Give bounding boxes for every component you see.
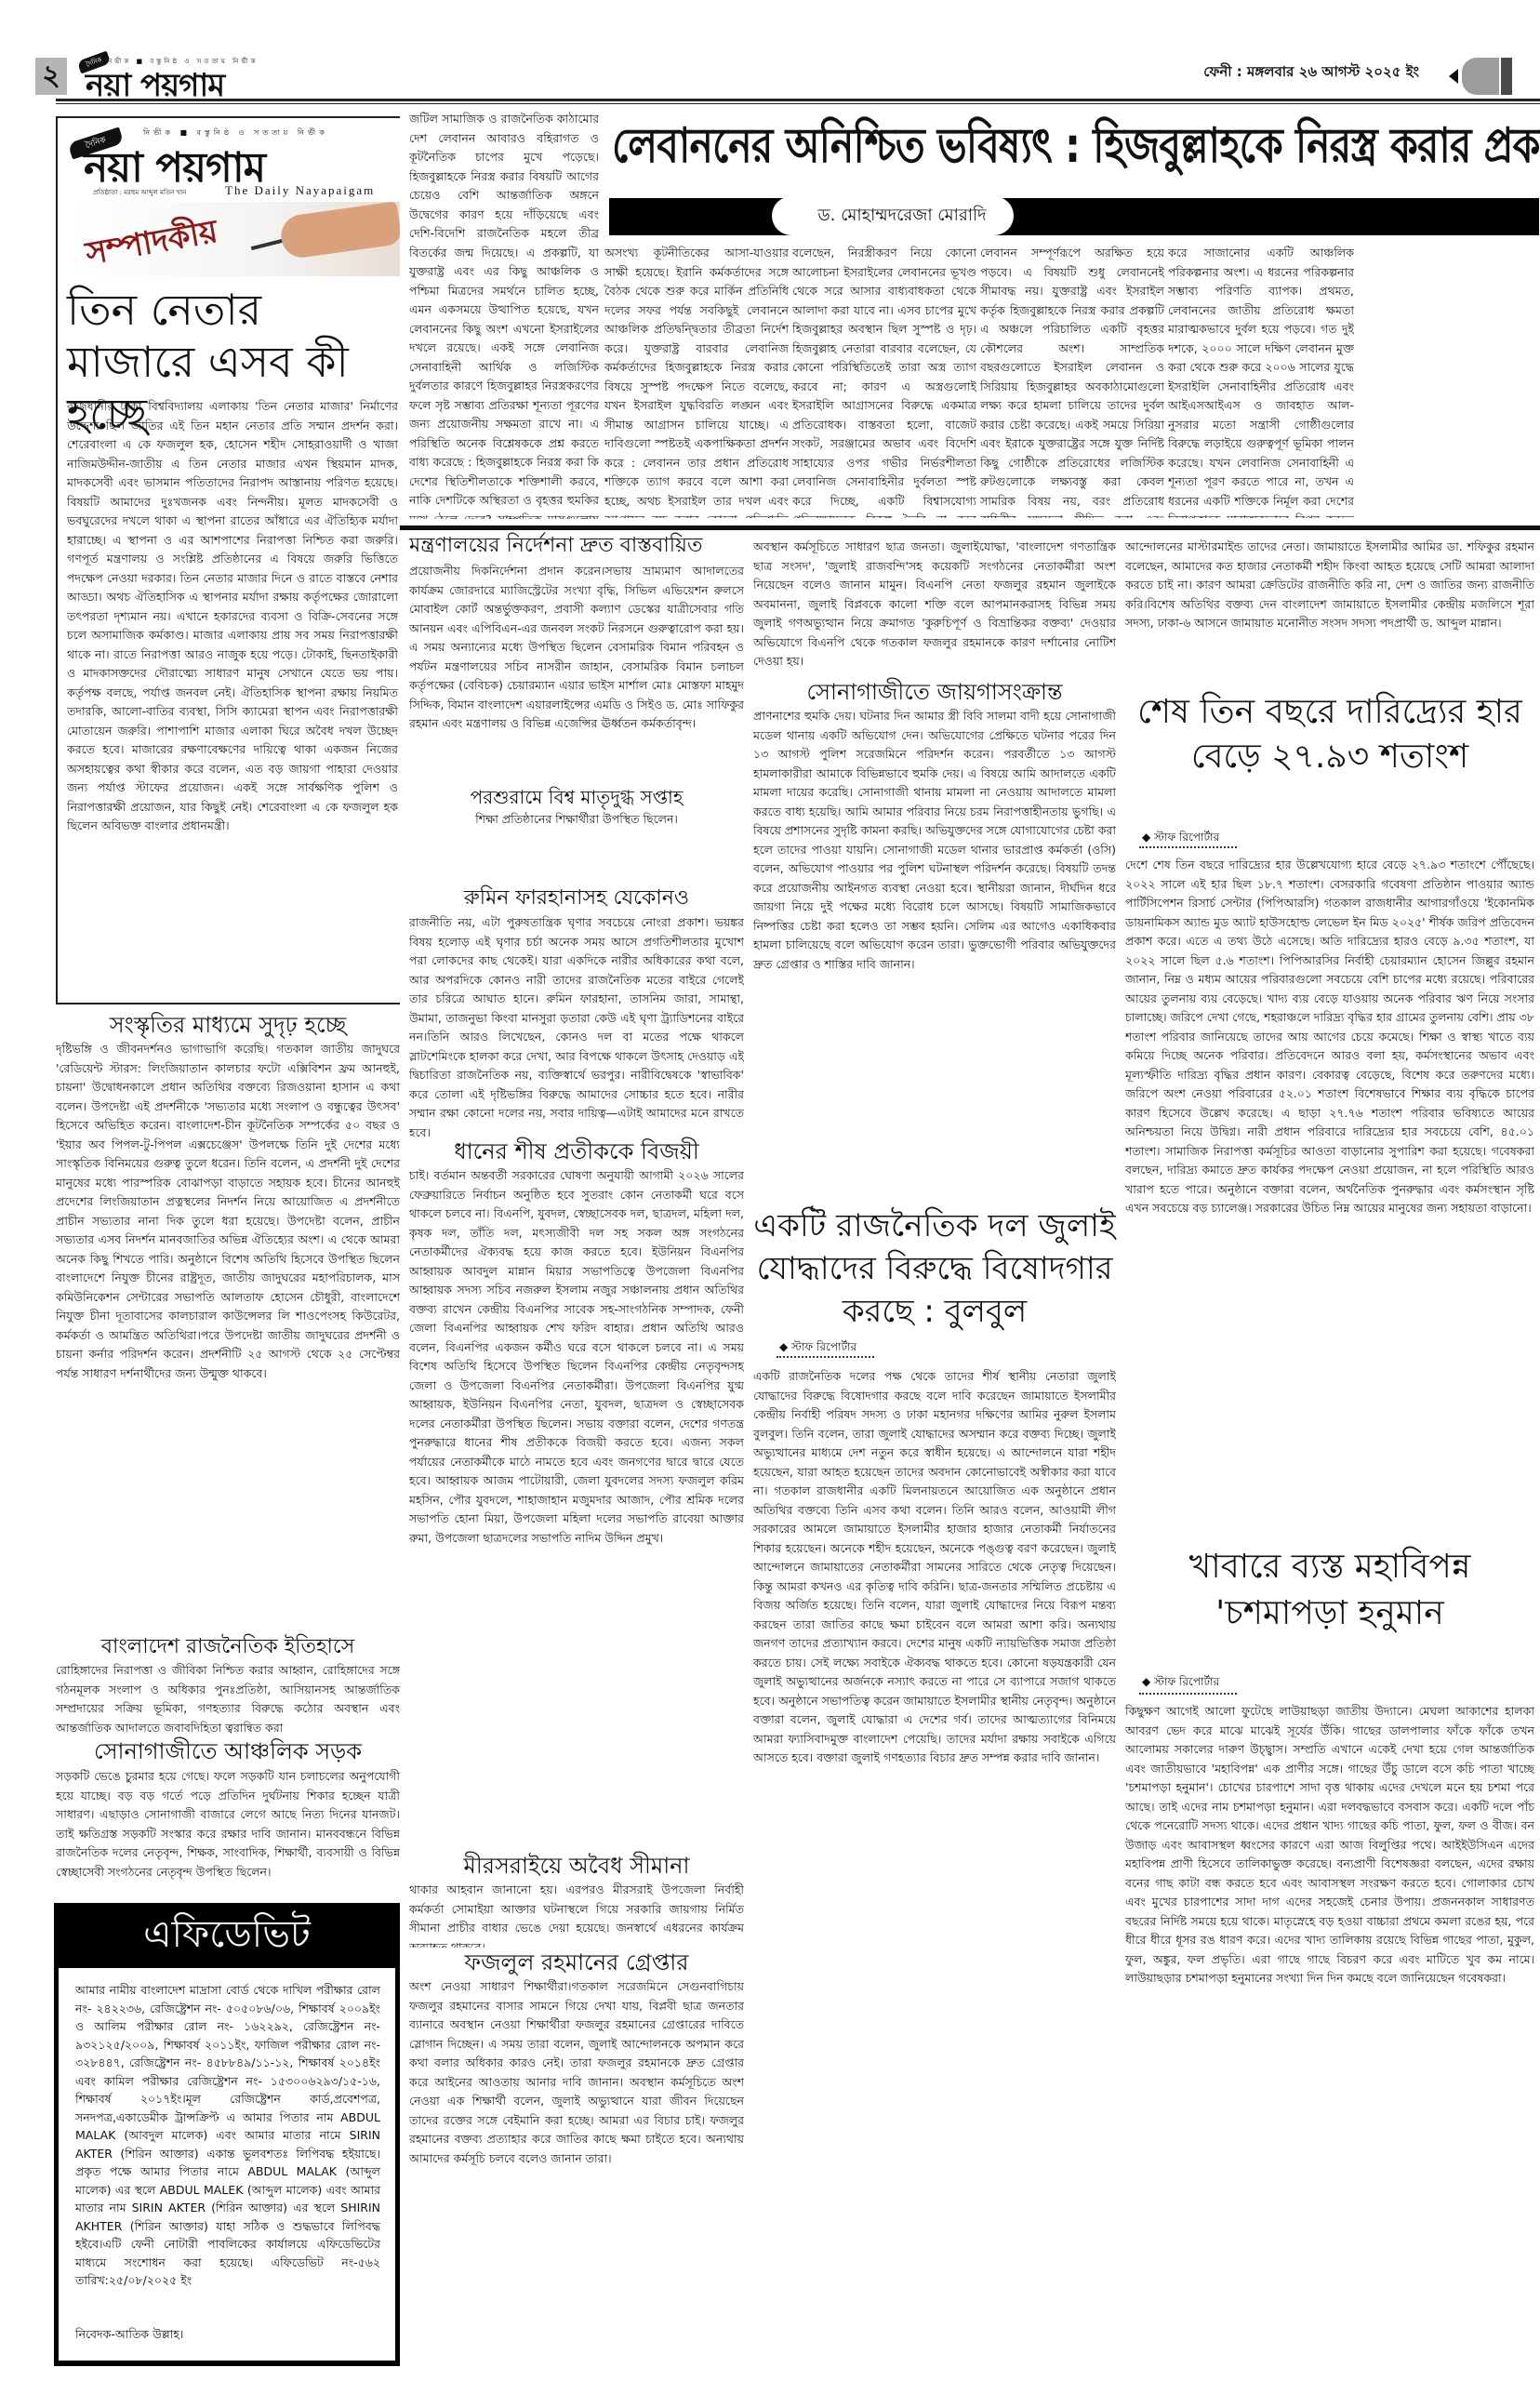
lebanon-byline: ড. মোহাম্মদরেজা মোরাদি [790, 196, 1014, 235]
hanuman-headline: খাবারে ব্যস্ত মহাবিপন্ন 'চশমাপড়া হনুমান [1125, 1544, 1534, 1637]
bnp-notice-body: অবস্থান কর্মসূচিতে সাধারণ ছাত্র জনতা। জু… [753, 538, 1116, 677]
affidavit-content: আমার নামীয় বাংলাদেশ মাদ্রাসা বোর্ড থেকে… [59, 1968, 395, 2361]
masthead-logo: দৈনিক নিভীক ■ বস্তুনিষ্ঠ ও সততায় নির্ভী… [74, 54, 353, 97]
jamaat-body: আন্দোলনের মাস্টারমাইন্ড তাদের নেতা। জামা… [1125, 538, 1534, 691]
reporter-label: স্টাফ রিপোর্টার [791, 1340, 856, 1353]
road-body: সড়কটি ভেঙে চুরমার হয়ে গেছে। ফলে সড়কটি… [56, 1767, 400, 1902]
paddy-body: চাই। বর্তমান অন্তবর্তী সরকারের ঘোষণা অনু… [409, 1166, 744, 1850]
sonagazi-land-headline: সোনাগাজীতে জায়গাসংক্রান্ত [753, 677, 1116, 707]
editorial-banner-image: সম্পাদকীয় [67, 202, 400, 276]
header-rule-thin [56, 103, 1540, 104]
fazlul-headline: ফজলুল রহমানের গ্রেপ্তার [409, 1948, 744, 1977]
affidavit-signature: নিবেদক-আতিক উল্লাহ। [75, 2327, 183, 2346]
paper-name: নয়া পয়গাম [86, 61, 224, 114]
rumin-headline: রুমিন ফারহানাসহ যেকোনও [409, 884, 744, 913]
affidavit-box: এফিডেভিট আমার নামীয় বাংলাদেশ মাদ্রাসা ব… [54, 1903, 400, 2366]
poverty-headline: শেষ তিন বছরে দারিদ্র্যের হার বেড়ে ২৭.৯৩… [1125, 690, 1534, 779]
mirsarai-body: থাকার আহবান জানানো হয়। এরপরও মীরসরাই উপ… [409, 1881, 744, 1948]
hanuman-body: কিছুক্ষণ আগেই আলো ফুটেছে লাউয়াছড়া জাতী… [1125, 1702, 1534, 2377]
reporter-label: স্টাফ রিপোর্টার [1154, 1675, 1219, 1688]
mirsarai-headline: মীরসরাইয়ে অবৈধ সীমানা [409, 1851, 744, 1881]
header-rule [56, 99, 1540, 101]
lebanon-column-3: লেবানন সম্পূর্ণরূপে অরক্ষিত হয়ে পড়বে। … [980, 244, 1164, 518]
history-headline: বাংলাদেশ রাজনৈতিক ইতিহাসে [56, 1633, 400, 1661]
byline-bar [609, 198, 1539, 235]
bulbul-headline: একটি রাজনৈতিক দল জুলাই যোদ্ধাদের বিরুদ্ধ… [753, 1204, 1116, 1333]
dateline: ফেনী : মঙ্গলবার ২৬ আগস্ট ২০২৫ ইং [1203, 61, 1419, 85]
poverty-reporter: ◆ স্টাফ রিপোর্টার [1142, 830, 1219, 848]
breastfeeding-headline: পরশুরামে বিশ্ব মাতৃদুগ্ধ সপ্তাহ [409, 784, 744, 810]
ministry-body: প্রয়োজনীয় দিকনির্দেশনা প্রদান করেন।সভা… [409, 562, 744, 783]
hanuman-reporter: ◆ স্টাফ রিপোর্টার [1142, 1674, 1219, 1693]
dotted-divider [777, 1356, 874, 1358]
lebanon-column-2: বলেছেন, নিরস্ত্রীকরণ নিয়ে কোনো আলোচনা ই… [792, 244, 976, 518]
dotted-divider [1139, 1693, 1237, 1695]
page-tab [1449, 58, 1514, 95]
bulbul-reporter: ◆ স্টাফ রিপোর্টার [779, 1339, 856, 1358]
lebanon-headline: লেবাননের অনিশ্চিত ভবিষ্যৎ : হিজবুল্লাহকে… [612, 113, 1367, 179]
poverty-body: দেশে শেষ তিন বছরে দারিদ্র্যের হার উল্লেখ… [1125, 856, 1534, 1590]
editorial-english-name: The Daily Nayapaigam [225, 183, 375, 198]
lebanon-column-1: অসংখ্য কূটনীতিকের আসা-যাওয়ার সাক্ষী হয়… [604, 244, 789, 518]
affidavit-body: আমার নামীয় বাংলাদেশ মাদ্রাসা বোর্ড থেকে… [75, 1981, 380, 2290]
lebanon-column-4: করে সাজানোর একটি আঞ্চলিক পরিকল্পনার অংশ।… [1168, 244, 1354, 518]
culture-body: দৃষ্টিভঙ্গি ও জীবনদর্শনও ভাগাভাগি করেছি।… [56, 1040, 400, 1635]
page-tab-dark-block [1501, 58, 1512, 95]
rumin-body: রাজনীতি নয়, এটা পুরুষতান্ত্রিক ঘৃণার সব… [409, 913, 744, 1137]
lebanon-intro: জটিল সামাজিক ও রাজনৈতিক কাঠামোর দেশ লেবা… [409, 110, 599, 519]
fazlul-body: অংশ নেওয়া সাধারণ শিক্ষার্থীরা।গতকাল সরে… [409, 1977, 744, 2377]
paddy-headline: ধানের শীষ প্রতীককে বিজয়ী [409, 1137, 744, 1166]
affidavit-title: এফিডেভিট [54, 1909, 400, 1961]
culture-headline: সংস্কৃতির মাধ্যমে সুদৃঢ় হচ্ছে [56, 1010, 400, 1040]
road-headline: সোনাগাজীতে আঞ্চলিক সড়ক [56, 1736, 400, 1767]
left-arrow-icon [1449, 69, 1458, 84]
ministry-headline: মন্ত্রণালয়ের নির্দেশনা দ্রুত বাস্তবায়ি… [409, 530, 744, 562]
page-number: ২ [35, 58, 67, 95]
sonagazi-land-body: প্রাণনাশের হুমকি দেয়। ঘটনার দিন আমার স্… [753, 707, 1116, 1200]
bulbul-body: একটি রাজনৈতিক দলের পক্ষ থেকে তাদের শীর্ষ… [753, 1367, 1116, 2377]
history-body: রোহিঙ্গাদের নিরাপত্তা ও জীবিকা নিশ্চিত ক… [56, 1661, 400, 1739]
reporter-label: স্টাফ রিপোর্টার [1154, 831, 1219, 844]
editorial-body: রাজধানীর ঢাকা বিশ্ববিদ্যালয় এলাকায় 'তি… [67, 397, 398, 997]
editorial-banner-word: সম্পাদকীয় [82, 207, 222, 276]
hand-illustration [278, 202, 400, 260]
dotted-divider [1139, 846, 1237, 848]
page-tab-grey-block [1462, 58, 1499, 95]
editorial-box: দৈনিক নিভীক ■ বস্তুনিষ্ঠ ও সততায় নির্ভী… [56, 116, 400, 1004]
editorial-logo: দৈনিক নিভীক ■ বস্তুনিষ্ঠ ও সততায় নির্ভী… [65, 126, 396, 191]
breastfeeding-body: শিক্ষা প্রতিষ্ঠানের শিক্ষার্থীরা উপস্থিত… [409, 810, 744, 831]
editorial-founder: প্রতিষ্ঠাতা : মরহুম আব্দুল মতিন খান [93, 187, 186, 198]
